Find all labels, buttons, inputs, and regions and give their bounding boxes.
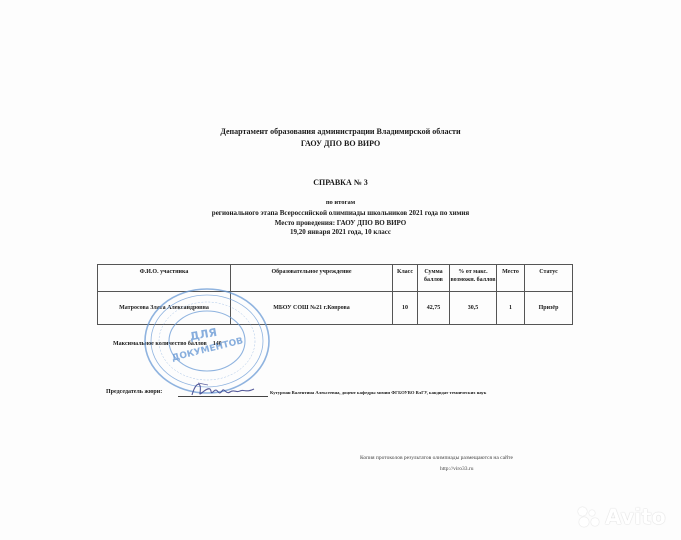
signature-icon bbox=[188, 377, 258, 401]
table-row: Матросова Злата Александровна МБОУ СОШ №… bbox=[98, 292, 573, 325]
subtitle-date: 19,20 января 2021 года, 10 класс bbox=[0, 228, 681, 236]
col-header-score: Сумма баллов bbox=[418, 265, 450, 292]
subtitle-line-2: регионального этапа Всероссийской олимпи… bbox=[0, 209, 681, 217]
cell-grade: 10 bbox=[393, 292, 418, 325]
max-score-value: 140 bbox=[213, 341, 222, 347]
table-header-row: Ф.И.О. участника Образовательное учрежде… bbox=[98, 265, 573, 292]
cell-status: Призёр bbox=[525, 292, 573, 325]
organization-heading: ГАОУ ДПО ВО ВИРО bbox=[0, 139, 681, 148]
document-title: СПРАВКА № 3 bbox=[0, 178, 681, 187]
jury-chair-name: Кутурман Валентина Алексеевна, доцент ка… bbox=[270, 390, 486, 395]
cell-score: 42,75 bbox=[418, 292, 450, 325]
footer-url: http://viro33.ru bbox=[440, 466, 473, 472]
jury-chair-label: Председатель жюри: bbox=[106, 389, 162, 395]
cell-place: 1 bbox=[497, 292, 525, 325]
cell-percent: 30,5 bbox=[450, 292, 497, 325]
col-header-school: Образовательное учреждение bbox=[231, 265, 393, 292]
col-header-grade: Класс bbox=[393, 265, 418, 292]
subtitle-line-1: по итогам bbox=[0, 199, 681, 206]
subtitle-venue: Место проведения: ГАОУ ДПО ВО ВИРО bbox=[0, 219, 681, 227]
avito-logo-icon bbox=[578, 507, 602, 527]
cell-school: МБОУ СОШ №21 г.Коврова bbox=[231, 292, 393, 325]
col-header-percent: % от макс. возможн. баллов bbox=[450, 265, 497, 292]
footer-note: Копия протоколов результатов олимпиады р… bbox=[360, 455, 513, 461]
results-table: Ф.И.О. участника Образовательное учрежде… bbox=[97, 264, 573, 325]
max-score-label: Максимальное количество баллов bbox=[113, 341, 207, 347]
cell-name: Матросова Злата Александровна bbox=[98, 292, 231, 325]
document-page: Департамент образования администрации Вл… bbox=[0, 0, 681, 540]
col-header-status: Статус bbox=[525, 265, 573, 292]
avito-wordmark: Avito bbox=[605, 505, 666, 529]
department-heading: Департамент образования администрации Вл… bbox=[0, 127, 681, 136]
max-score-line: Максимальное количество баллов 140 bbox=[113, 341, 222, 347]
col-header-place: Место bbox=[497, 265, 525, 292]
col-header-name: Ф.И.О. участника bbox=[98, 265, 231, 292]
signature-line bbox=[178, 396, 268, 397]
avito-watermark: Avito bbox=[578, 504, 666, 530]
